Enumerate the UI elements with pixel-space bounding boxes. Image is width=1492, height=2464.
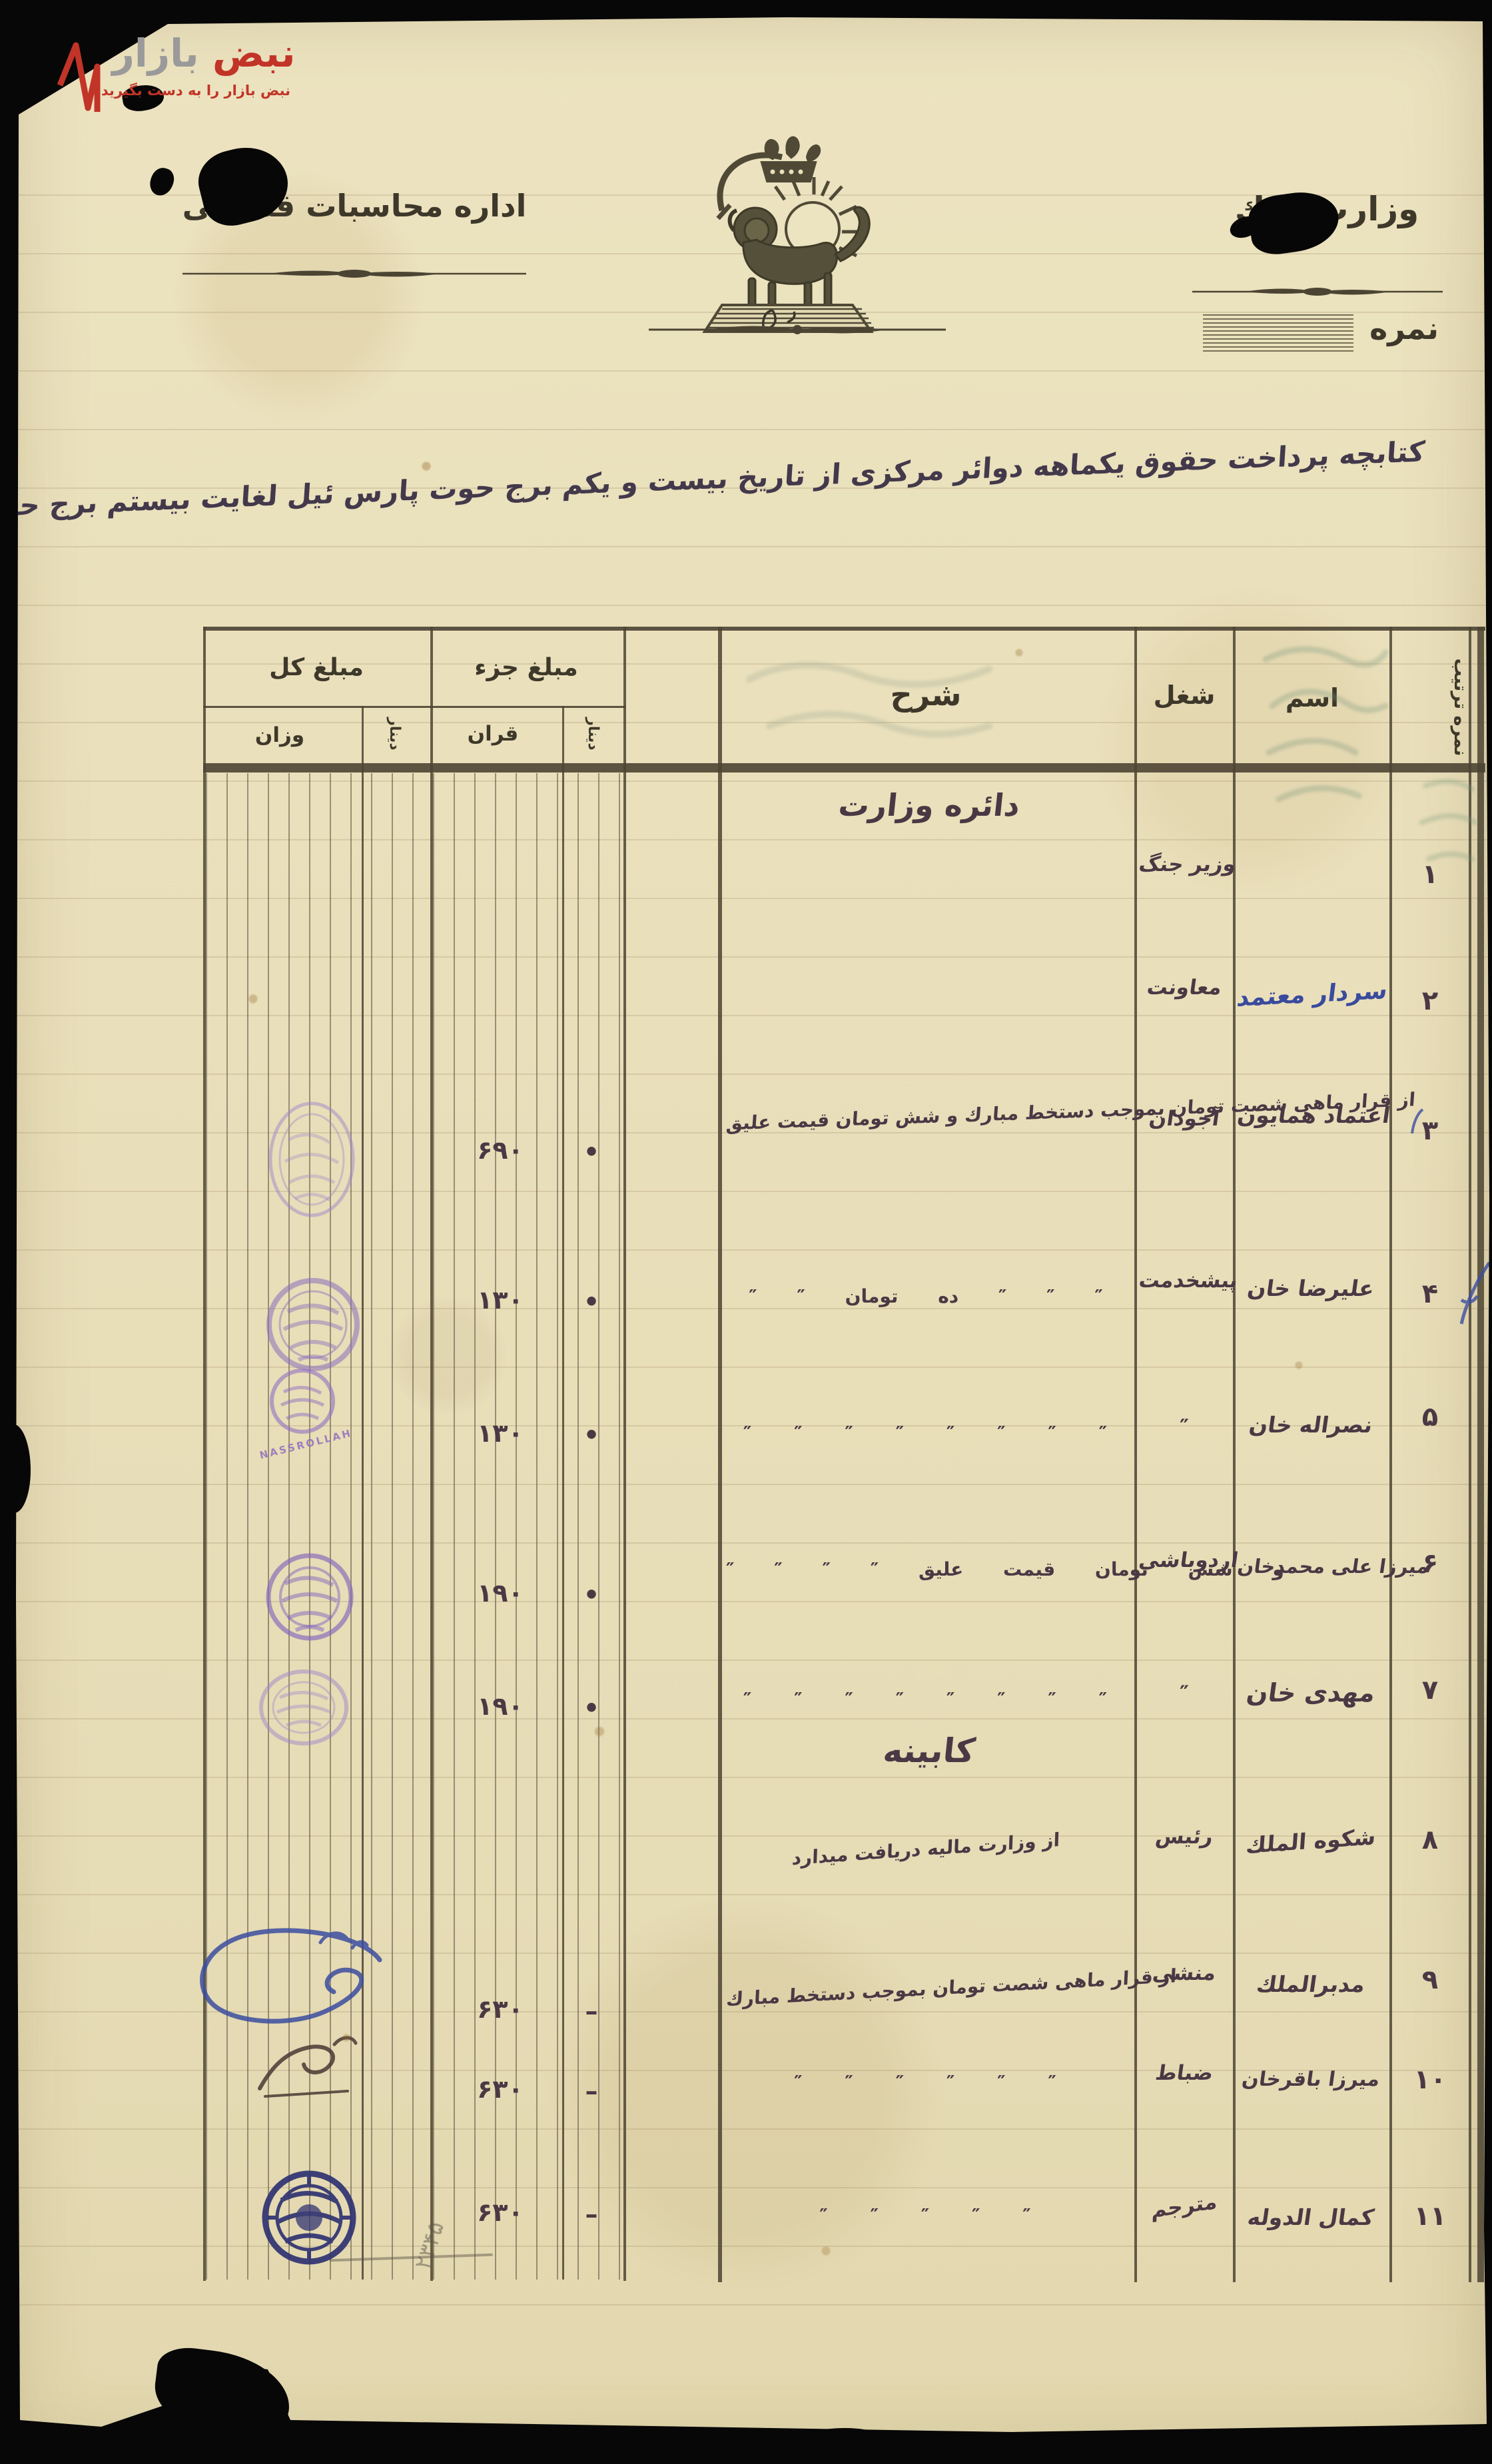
ghost-scribble-1: [1252, 633, 1399, 832]
document-paper: اداره محاسبات قشونی وزارت جنك: [0, 0, 1492, 2464]
blue-stroke-right-margin: [1457, 1260, 1492, 1327]
divider-ornament-center: [647, 322, 947, 337]
pulse-icon: [57, 37, 109, 115]
row-amount-dinar: •: [565, 1694, 618, 1723]
divider-ornament-left: [181, 266, 528, 280]
col-line-desc-right: [1134, 627, 1137, 2282]
row-description: ″ ″ ″ ″ ″ ″: [726, 2071, 1126, 2093]
row-description: ″ ″ ″ ″ ″: [726, 2204, 1126, 2226]
row-description: ″ ″ ″ ″ ″ ″ ″ ″: [726, 1688, 1126, 1710]
watermark-brand: نبض بازار: [104, 31, 304, 76]
section-heading-ministry: دائره وزارت: [721, 787, 1138, 823]
row-serial: ۴: [1396, 1279, 1464, 1309]
row-job: معاونت: [1137, 976, 1231, 1000]
row-amount-qeran: ۱۳۰: [441, 1418, 559, 1448]
section-heading-cabinet: كابينه: [721, 1731, 1138, 1770]
row-description: ″ ″ ده تومان ″ ″ ″: [726, 1285, 1126, 1307]
edge-tear-bottom-center: [794, 2428, 895, 2464]
dark-ink-mark-row10: [246, 2024, 361, 2106]
row-amount-dinar: –: [565, 2200, 618, 2229]
blue-signature-row9: [190, 1921, 393, 2033]
header-partial-dinar: دينار: [585, 707, 601, 761]
row-amount-dinar: •: [565, 1287, 618, 1317]
row-job: ضباط: [1137, 2061, 1231, 2085]
ghost-scribble-3: [1412, 766, 1485, 879]
row-name: كمال الدوله: [1236, 2204, 1385, 2230]
row-description: از وزارت ماليه دريافت ميدارد: [726, 1824, 1126, 1874]
row-amount-dinar: •: [565, 1137, 618, 1167]
watermark-logo: نبض بازار نبض بازار را به دست بگیرید: [57, 28, 337, 115]
row-amount-qeran: ۱۹۰: [441, 1692, 559, 1721]
header-qeran: قران: [440, 722, 546, 746]
row-description: از قرار ماهى شصت تومان بموجب دستخط مبارك…: [725, 1098, 1126, 1134]
row-amount-qeran: ۶۹۰: [441, 1135, 559, 1165]
row-serial: ۱۰: [1396, 2064, 1464, 2095]
row-job: وزير جنگ: [1137, 852, 1231, 876]
row-job: مترجم: [1138, 2188, 1230, 2225]
watermark-brand-second: بازار: [112, 31, 198, 76]
header-amount-partial: مبلغ جزء: [433, 654, 619, 681]
row-amount-qeran: ۶۳۰: [441, 2198, 559, 2227]
row-name: مدبرالملك: [1236, 1971, 1385, 1997]
row-serial: ۹: [1396, 1965, 1464, 1995]
row-amount-dinar: •: [565, 1420, 618, 1450]
numero-hatched-box: [1203, 314, 1353, 353]
row-amount-qeran: ۱۹۰: [441, 1578, 559, 1608]
blue-tick-serial3: [1407, 1107, 1425, 1136]
row-name-blue-ink: سردار معتمد: [1236, 977, 1387, 1012]
row-amount-dinar: •: [565, 1580, 618, 1610]
row-name: ميرزا باقرخان: [1236, 2068, 1386, 2091]
row-job: رئيس: [1137, 1825, 1231, 1849]
row-name: عليرضا خان: [1236, 1275, 1385, 1301]
header-tuman: وزان: [220, 723, 340, 747]
row-job: پيشخدمت: [1137, 1269, 1231, 1293]
row-serial: ۱۱: [1396, 2201, 1464, 2232]
col-line-name-right: [1389, 627, 1392, 2282]
col-line-partial-right: [623, 627, 626, 2281]
header-total-dinar: دينار: [387, 707, 403, 761]
row-description: از قرار ماهى شصت تومان بموجب دستخط مبارك: [726, 1967, 1126, 2010]
document-title: كتابچه پرداخت حقوق يكماهه دوائر مركزى از…: [153, 435, 1426, 516]
ink-stamp-row11: [261, 2168, 358, 2268]
row-serial: ۲: [1396, 986, 1464, 1016]
table-top-border: [203, 627, 1485, 631]
divider-ornament-right: [1191, 285, 1444, 298]
row-description: ″ ″ ″ ″ ″ ″ ″ ″: [726, 1422, 1126, 1444]
lion-and-sun-emblem-icon: [687, 131, 887, 337]
ink-stamp-row7: [257, 1668, 350, 1747]
row-serial: ۷: [1396, 1675, 1464, 1705]
header-job: شغل: [1139, 681, 1230, 710]
row-amount-dinar: –: [565, 1997, 618, 2026]
watermark-brand-first: نبض: [212, 31, 296, 76]
scanned-document-photo: { "watermark": { "brand_first": "نبض", "…: [0, 0, 1492, 2464]
row-name: نصراله خان: [1236, 1412, 1385, 1438]
numero-label: نمره: [1359, 310, 1439, 346]
row-amount-qeran: ۶۳۰: [441, 1995, 559, 2024]
row-amount-qeran: ۱۳۰: [441, 1285, 559, 1315]
watermark-tagline: نبض بازار را به دست بگیرید: [96, 83, 296, 99]
row-job-ditto: ″: [1139, 1415, 1230, 1439]
header-serial: نمره ترتیب: [1444, 647, 1471, 767]
row-amount-dinar: –: [565, 2076, 618, 2106]
ink-stamp-row3: [265, 1100, 358, 1219]
ink-stamp-row4: [265, 1273, 362, 1377]
row-job-ditto: ″: [1139, 1682, 1230, 1705]
row-name: شكوه الملك: [1236, 1823, 1385, 1859]
col-line-desc-left: [718, 627, 722, 2282]
row-amount-qeran: ۶۳۰: [441, 2074, 559, 2104]
ghost-scribble-2: [729, 639, 1009, 766]
ink-stamp-row6: [264, 1550, 356, 1644]
row-serial: ۵: [1396, 1402, 1464, 1432]
row-name: مهدى خان: [1236, 1678, 1386, 1707]
row-description: ″ ″ ″ ″ و شش تومان قيمت عليق: [726, 1558, 1126, 1580]
header-amount-total: مبلغ كل: [220, 654, 413, 681]
row-serial: ۸: [1396, 1825, 1464, 1855]
